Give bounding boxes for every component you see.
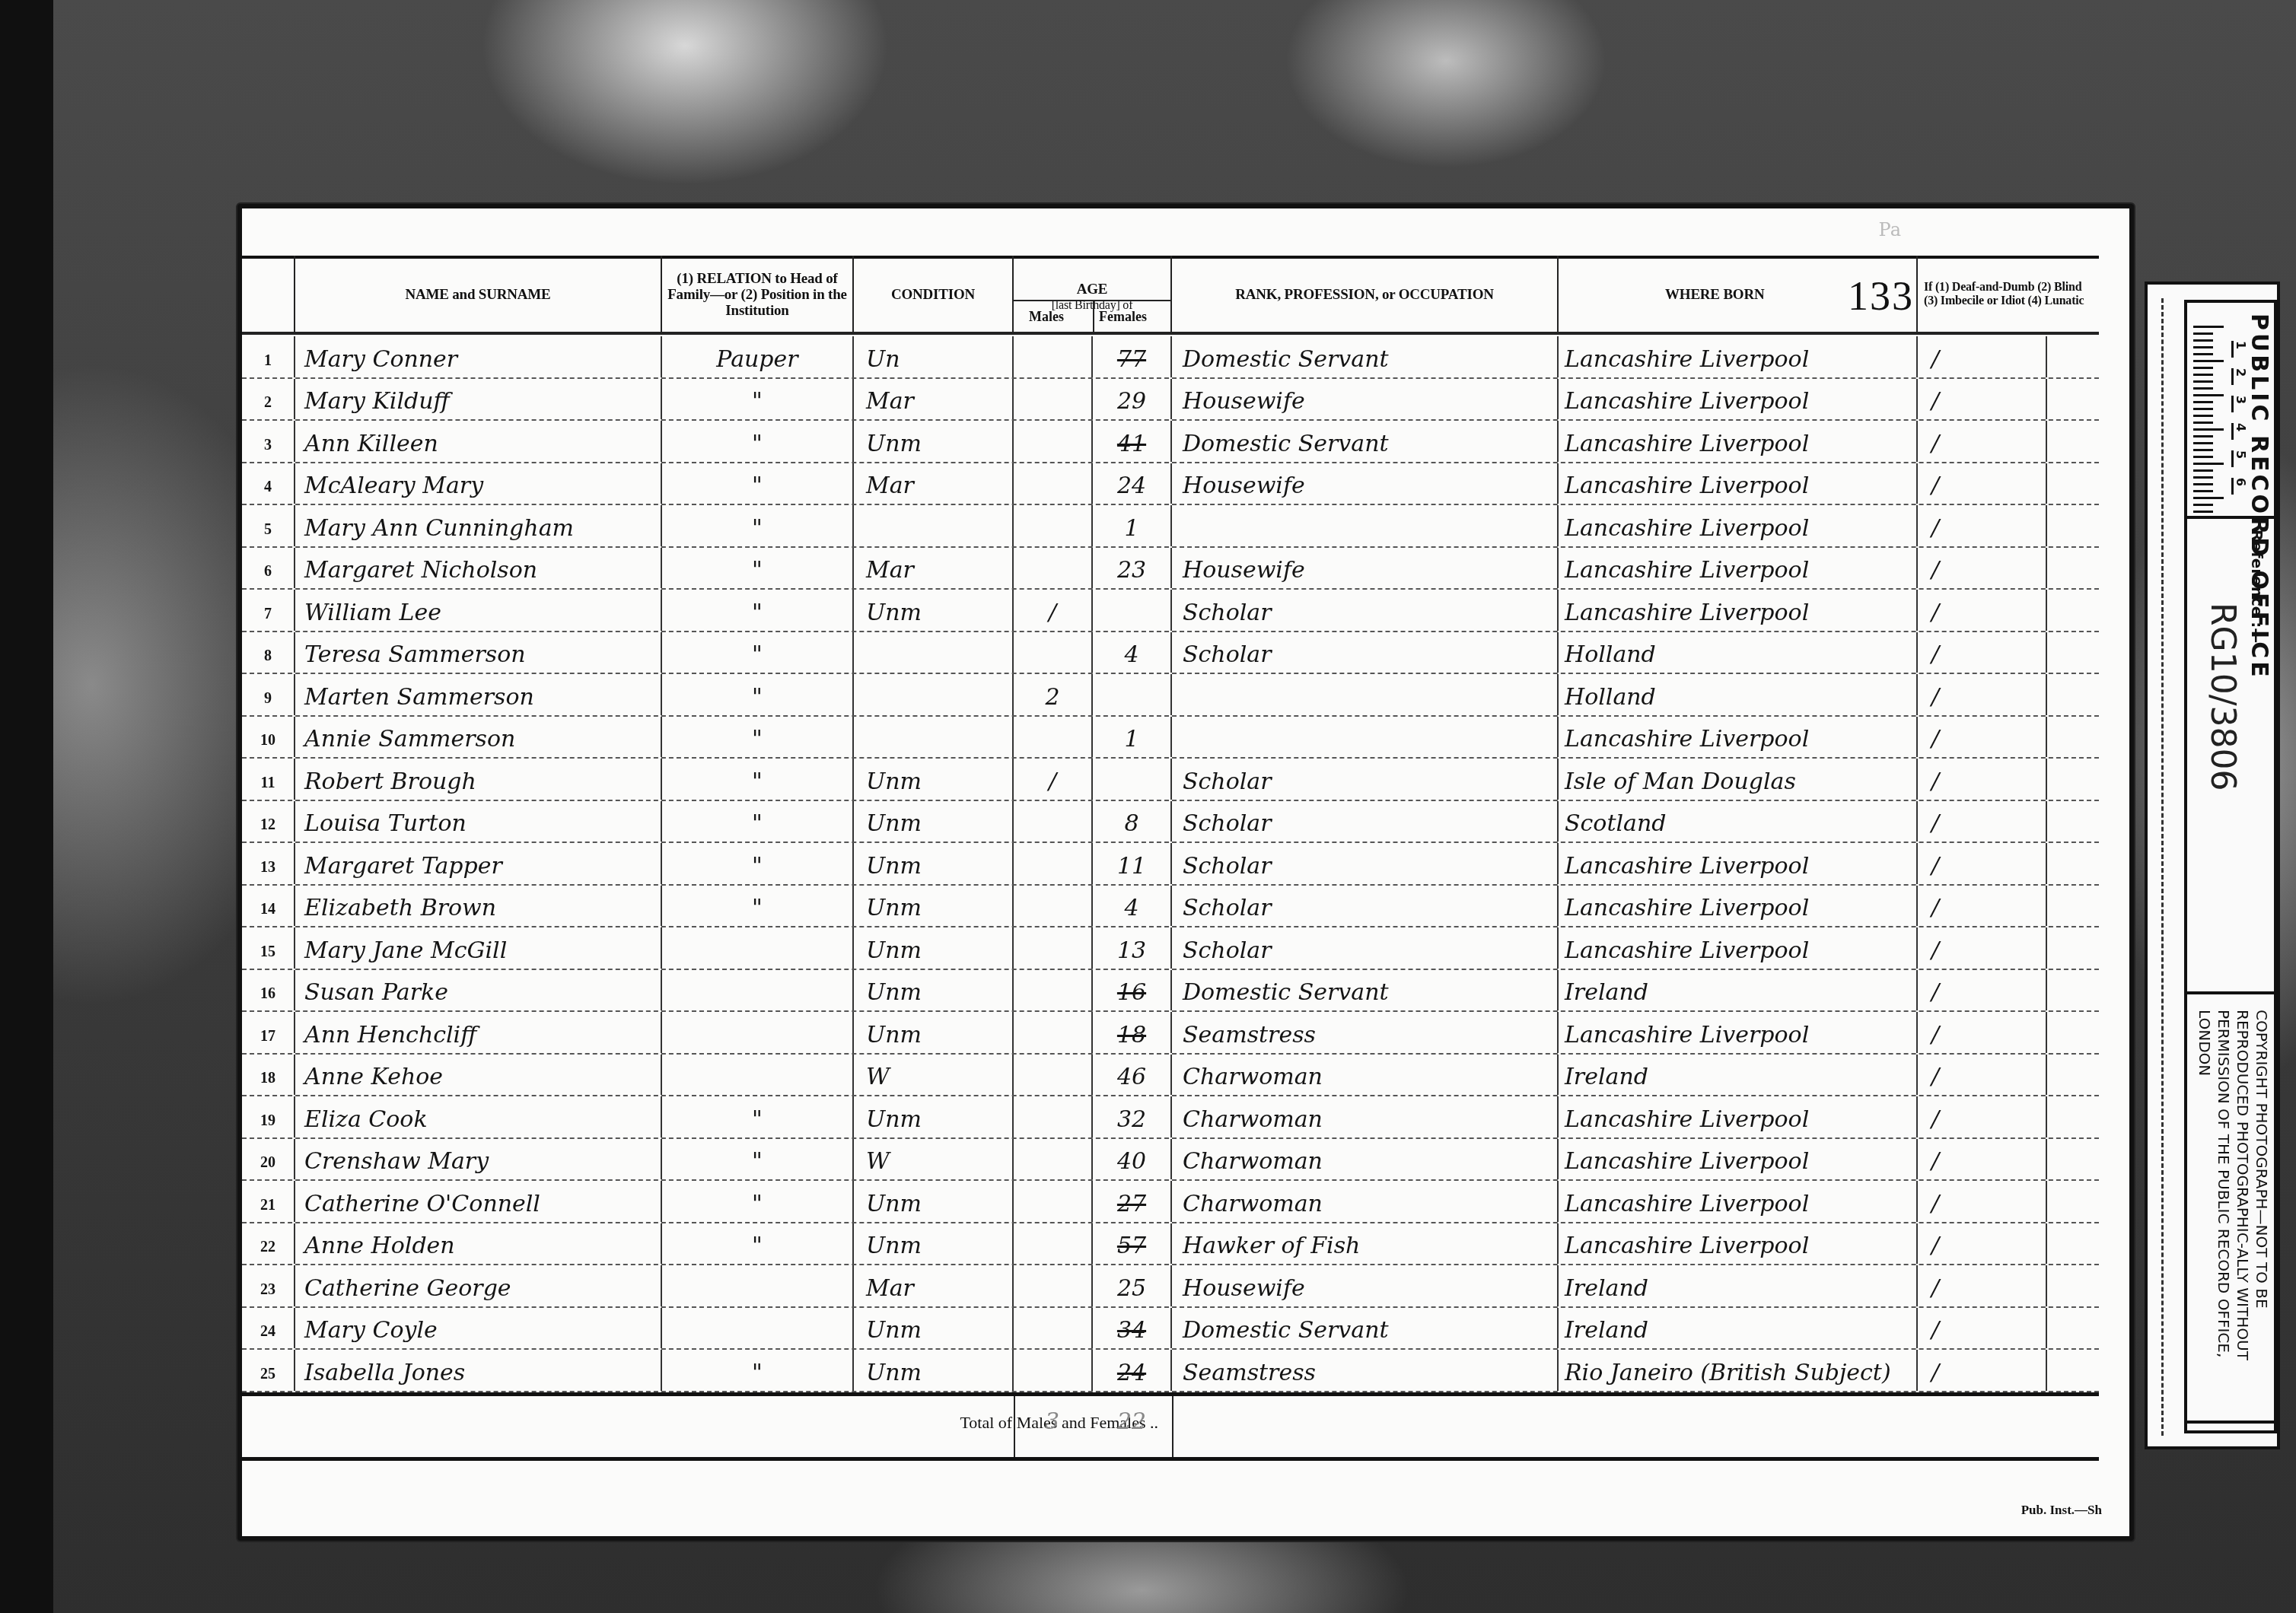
male-age-cell [1014, 379, 1093, 420]
name-cell: Teresa Sammerson [295, 632, 662, 673]
occupation-cell: Scholar [1172, 927, 1559, 969]
relation-cell: " [662, 1139, 854, 1180]
occupation-cell: Scholar [1172, 801, 1559, 842]
female-age-cell: 77 [1093, 336, 1172, 377]
ruler-number: 3 [2231, 396, 2248, 412]
public-record-office-label: PUBLIC RECORD OFFICE 123456 Reference :—… [2145, 282, 2280, 1449]
condition-cell: Unm [854, 421, 1014, 462]
female-age-cell: 18 [1093, 1012, 1172, 1053]
name-cell: Anne Kehoe [295, 1055, 662, 1096]
where-born-cell: Isle of Man Douglas [1559, 759, 1918, 800]
relation-cell [662, 927, 854, 969]
ruler-tick [2193, 469, 2213, 472]
table-row: 6Margaret Nicholson"Mar23HousewifeLancas… [242, 548, 2099, 590]
table-row: 7William Lee"Unm/ScholarLancashire Liver… [242, 590, 2099, 632]
occupation-cell: Charwoman [1172, 1139, 1559, 1180]
condition-cell: W [854, 1055, 1014, 1096]
condition-cell: Unm [854, 886, 1014, 927]
name-cell: Isabella Jones [295, 1350, 662, 1391]
name-cell: Margaret Nicholson [295, 548, 662, 589]
name-cell: Marten Sammerson [295, 674, 662, 715]
ruler-tick [2193, 511, 2213, 513]
ruler-tick [2193, 476, 2213, 479]
ruler-number: 1 [2231, 341, 2248, 358]
ruler-number: 5 [2231, 450, 2248, 467]
ruler-tick [2193, 422, 2213, 424]
ruler-tick [2193, 449, 2213, 451]
table-row: 25Isabella Jones"Unm24SeamstressRio Jane… [242, 1350, 2099, 1392]
margin-cell [2047, 632, 2099, 673]
relation-cell: " [662, 674, 854, 715]
relation-cell: " [662, 463, 854, 504]
row-number: 8 [242, 632, 295, 673]
table-row: 21Catherine O'Connell"Unm27CharwomanLanc… [242, 1181, 2099, 1223]
ruler-tick [2193, 408, 2213, 410]
occupation-cell: Scholar [1172, 886, 1559, 927]
infirmity-cell: / [1918, 843, 2047, 884]
header-occupation: RANK, PROFESSION, or OCCUPATION [1172, 256, 1559, 333]
name-cell: Catherine O'Connell [295, 1181, 662, 1222]
film-edge [0, 0, 53, 1613]
name-cell: Ann Henchcliff [295, 1012, 662, 1053]
female-age-cell: 16 [1093, 970, 1172, 1011]
occupation-cell: Charwoman [1172, 1096, 1559, 1137]
ruler-tick [2193, 435, 2213, 437]
relation-cell: " [662, 421, 854, 462]
female-age-cell: 27 [1093, 1181, 1172, 1222]
occupation-cell: Domestic Servant [1172, 336, 1559, 377]
occupation-cell: Scholar [1172, 759, 1559, 800]
margin-cell [2047, 1055, 2099, 1096]
occupation-cell: Scholar [1172, 590, 1559, 631]
relation-cell: " [662, 1096, 854, 1137]
occupation-cell: Seamstress [1172, 1012, 1559, 1053]
where-born-cell: Ireland [1559, 1265, 1918, 1306]
table-row: 24Mary CoyleUnm34Domestic ServantIreland… [242, 1308, 2099, 1351]
table-row: 18Anne KehoeW46CharwomanIreland/ [242, 1055, 2099, 1097]
female-age-cell: 1 [1093, 717, 1172, 758]
ruler-tick [2193, 401, 2213, 403]
margin-cell [2047, 421, 2099, 462]
table-row: 10Annie Sammerson"1Lancashire Liverpool/ [242, 717, 2099, 759]
male-age-cell [1014, 1308, 1093, 1349]
row-number: 6 [242, 548, 295, 589]
infirmity-cell: / [1918, 927, 2047, 969]
name-cell: Mary Kilduff [295, 379, 662, 420]
condition-cell: Unm [854, 590, 1014, 631]
row-number: 24 [242, 1308, 295, 1349]
male-age-cell [1014, 970, 1093, 1011]
where-born-cell: Lancashire Liverpool [1559, 590, 1918, 631]
table-row: 15Mary Jane McGillUnm13ScholarLancashire… [242, 927, 2099, 970]
header-bottom-rule [242, 332, 2099, 335]
where-born-cell: Lancashire Liverpool [1559, 421, 1918, 462]
relation-cell: Pauper [662, 336, 854, 377]
name-cell: Louisa Turton [295, 801, 662, 842]
row-number: 23 [242, 1265, 295, 1306]
female-age-cell: 4 [1093, 632, 1172, 673]
page-number: 133 [1848, 272, 1914, 320]
relation-cell: " [662, 505, 854, 546]
occupation-cell [1172, 505, 1559, 546]
row-number: 25 [242, 1350, 295, 1391]
census-sheet: Pa NAME and SURNAME (1) RELATION to Head… [237, 204, 2134, 1541]
infirmity-cell: / [1918, 1223, 2047, 1265]
ruler-tick [2193, 346, 2213, 348]
label-inner-frame: PUBLIC RECORD OFFICE 123456 Reference :—… [2184, 300, 2277, 1433]
table-row: 17Ann HenchcliffUnm18SeamstressLancashir… [242, 1012, 2099, 1055]
totals-divider-left [1014, 1396, 1015, 1457]
infirmity-cell: / [1918, 759, 2047, 800]
infirmity-cell: / [1918, 1265, 2047, 1306]
condition-cell [854, 505, 1014, 546]
margin-cell [2047, 379, 2099, 420]
margin-cell [2047, 1308, 2099, 1349]
table-row: 11Robert Brough"Unm/ScholarIsle of Man D… [242, 759, 2099, 801]
male-age-cell [1014, 1181, 1093, 1222]
male-age-cell [1014, 927, 1093, 969]
condition-cell [854, 632, 1014, 673]
table-row: 16Susan ParkeUnm16Domestic ServantIrelan… [242, 970, 2099, 1013]
occupation-cell: Charwoman [1172, 1181, 1559, 1222]
header-males: Males [1029, 309, 1064, 325]
female-age-cell: 29 [1093, 379, 1172, 420]
relation-cell [662, 1265, 854, 1306]
table-row: 23Catherine GeorgeMar25HousewifeIreland/ [242, 1265, 2099, 1308]
female-age-cell: 24 [1093, 1350, 1172, 1391]
occupation-cell: Housewife [1172, 1265, 1559, 1306]
table-row: 9Marten Sammerson"2Holland/ [242, 674, 2099, 717]
where-born-cell: Ireland [1559, 970, 1918, 1011]
name-cell: Catherine George [295, 1265, 662, 1306]
ruler-tick [2193, 326, 2224, 328]
age-split [1093, 301, 1094, 333]
occupation-cell: Scholar [1172, 843, 1559, 884]
row-number: 11 [242, 759, 295, 800]
infirmity-cell: / [1918, 1139, 2047, 1180]
margin-cell [2047, 717, 2099, 758]
ruler-tick [2193, 360, 2224, 362]
relation-cell [662, 1055, 854, 1096]
relation-cell [662, 970, 854, 1011]
ruler-tick [2193, 490, 2213, 492]
ruler-tick [2193, 332, 2213, 335]
condition-cell: Unm [854, 1223, 1014, 1265]
ruler-tick [2193, 339, 2213, 342]
margin-cell [2047, 970, 2099, 1011]
occupation-cell: Charwoman [1172, 1055, 1559, 1096]
male-age-cell [1014, 505, 1093, 546]
name-cell: Anne Holden [295, 1223, 662, 1265]
margin-cell [2047, 759, 2099, 800]
totals-divider-right [1172, 1396, 1173, 1457]
table-row: 1Mary ConnerPauperUn77Domestic ServantLa… [242, 336, 2099, 379]
table-row: 13Margaret Tapper"Unm11ScholarLancashire… [242, 843, 2099, 886]
condition-cell: W [854, 1139, 1014, 1180]
relation-cell: " [662, 886, 854, 927]
male-age-cell [1014, 1139, 1093, 1180]
male-age-cell: / [1014, 590, 1093, 631]
ruler-tick [2193, 497, 2224, 499]
margin-cell [2047, 1350, 2099, 1391]
male-age-cell [1014, 801, 1093, 842]
margin-cell [2047, 1223, 2099, 1265]
header-age-title: AGE [1014, 282, 1170, 297]
where-born-cell: Lancashire Liverpool [1559, 379, 1918, 420]
female-age-cell: 32 [1093, 1096, 1172, 1137]
row-number: 10 [242, 717, 295, 758]
ruler-tick [2193, 380, 2213, 383]
occupation-cell: Domestic Servant [1172, 970, 1559, 1011]
row-number: 14 [242, 886, 295, 927]
where-born-cell: Lancashire Liverpool [1559, 336, 1918, 377]
male-age-cell [1014, 1096, 1093, 1137]
relation-cell [662, 1012, 854, 1053]
infirmity-cell: / [1918, 717, 2047, 758]
name-cell: Mary Conner [295, 336, 662, 377]
row-number: 16 [242, 970, 295, 1011]
where-born-cell: Ireland [1559, 1308, 1918, 1349]
male-age-cell [1014, 717, 1093, 758]
male-age-cell [1014, 1055, 1093, 1096]
row-number: 20 [242, 1139, 295, 1180]
margin-cell [2047, 1181, 2099, 1222]
header-name: NAME and SURNAME [295, 256, 662, 333]
relation-cell [662, 1308, 854, 1349]
occupation-cell: Scholar [1172, 632, 1559, 673]
relation-cell: " [662, 548, 854, 589]
ruler-tick [2193, 367, 2213, 369]
margin-cell [2047, 463, 2099, 504]
infirmity-cell: / [1918, 801, 2047, 842]
where-born-cell: Lancashire Liverpool [1559, 717, 1918, 758]
row-number: 18 [242, 1055, 295, 1096]
male-age-cell [1014, 886, 1093, 927]
male-age-cell [1014, 421, 1093, 462]
margin-cell [2047, 590, 2099, 631]
row-number: 7 [242, 590, 295, 631]
where-born-cell: Ireland [1559, 1055, 1918, 1096]
infirmity-cell: / [1918, 421, 2047, 462]
female-age-cell: 41 [1093, 421, 1172, 462]
header-infirmity: If (1) Deaf-and-Dumb (2) Blind (3) Imbec… [1918, 256, 2099, 333]
name-cell: Elizabeth Brown [295, 886, 662, 927]
where-born-cell: Lancashire Liverpool [1559, 463, 1918, 504]
ruler-tick [2193, 415, 2213, 417]
male-age-cell: 2 [1014, 674, 1093, 715]
occupation-cell: Hawker of Fish [1172, 1223, 1559, 1265]
male-age-cell [1014, 1265, 1093, 1306]
relation-cell: " [662, 1181, 854, 1222]
infirmity-cell: / [1918, 674, 2047, 715]
totals-females: 22 [1117, 1408, 1146, 1435]
margin-cell [2047, 505, 2099, 546]
table-row: 3Ann Killeen"Unm41Domestic ServantLancas… [242, 421, 2099, 463]
ruler-tick [2193, 483, 2213, 485]
row-number: 4 [242, 463, 295, 504]
where-born-cell: Lancashire Liverpool [1559, 1012, 1918, 1053]
male-age-cell [1014, 1223, 1093, 1265]
where-born-cell: Holland [1559, 674, 1918, 715]
occupation-cell [1172, 674, 1559, 715]
where-born-cell: Lancashire Liverpool [1559, 1181, 1918, 1222]
ruler-tick [2193, 456, 2213, 458]
occupation-cell: Seamstress [1172, 1350, 1559, 1391]
where-born-cell: Lancashire Liverpool [1559, 886, 1918, 927]
condition-cell: Unm [854, 801, 1014, 842]
row-number: 9 [242, 674, 295, 715]
margin-cell [2047, 886, 2099, 927]
ruler-tick [2193, 374, 2213, 376]
name-cell: Robert Brough [295, 759, 662, 800]
male-age-cell: / [1014, 759, 1093, 800]
label-edge-rule [2161, 298, 2166, 1436]
ruler-number: 2 [2231, 368, 2248, 385]
condition-cell: Unm [854, 970, 1014, 1011]
row-number: 1 [242, 336, 295, 377]
margin-cell [2047, 674, 2099, 715]
condition-cell: Un [854, 336, 1014, 377]
infirmity-cell: / [1918, 505, 2047, 546]
reference-box: Reference :— RG10/3806 [2187, 516, 2274, 922]
relation-cell: " [662, 590, 854, 631]
corner-note: Pa [1879, 219, 1901, 240]
margin-cell [2047, 1265, 2099, 1306]
occupation-cell: Housewife [1172, 548, 1559, 589]
relation-cell: " [662, 759, 854, 800]
occupation-cell: Housewife [1172, 463, 1559, 504]
infirmity-cell: / [1918, 548, 2047, 589]
table-row: 5Mary Ann Cunningham"1Lancashire Liverpo… [242, 505, 2099, 548]
female-age-cell: 25 [1093, 1265, 1172, 1306]
table-row: 2Mary Kilduff"Mar29HousewifeLancashire L… [242, 379, 2099, 422]
infirmity-cell: / [1918, 590, 2047, 631]
table-row: 20Crenshaw Mary"W40CharwomanLancashire L… [242, 1139, 2099, 1182]
row-number: 21 [242, 1181, 295, 1222]
condition-cell: Unm [854, 1350, 1014, 1391]
infirmity-cell: / [1918, 379, 2047, 420]
ruler-tick [2193, 463, 2224, 465]
footer-imprint: Pub. Inst.—Sh [2021, 1503, 2102, 1518]
condition-cell: Unm [854, 843, 1014, 884]
totals-males: 3 [1045, 1408, 1059, 1435]
infirmity-cell: / [1918, 970, 2047, 1011]
condition-cell: Mar [854, 1265, 1014, 1306]
name-cell: Mary Coyle [295, 1308, 662, 1349]
female-age-cell: 57 [1093, 1223, 1172, 1265]
margin-cell [2047, 843, 2099, 884]
row-number: 12 [242, 801, 295, 842]
name-cell: Margaret Tapper [295, 843, 662, 884]
male-age-cell [1014, 843, 1093, 884]
ruler-number: 6 [2231, 478, 2248, 495]
name-cell: Susan Parke [295, 970, 662, 1011]
infirmity-cell: / [1918, 1012, 2047, 1053]
margin-cell [2047, 801, 2099, 842]
condition-cell: Unm [854, 1012, 1014, 1053]
male-age-cell [1014, 1350, 1093, 1391]
name-cell: Annie Sammerson [295, 717, 662, 758]
occupation-cell: Domestic Servant [1172, 1308, 1559, 1349]
female-age-cell: 1 [1093, 505, 1172, 546]
header-relation: (1) RELATION to Head of Family—or (2) Po… [662, 256, 854, 333]
name-cell: Crenshaw Mary [295, 1139, 662, 1180]
condition-cell: Mar [854, 463, 1014, 504]
ruler-tick [2193, 428, 2224, 431]
male-age-cell [1014, 336, 1093, 377]
condition-cell: Unm [854, 1096, 1014, 1137]
ruler-number: 4 [2231, 423, 2248, 440]
row-number: 3 [242, 421, 295, 462]
row-number: 13 [242, 843, 295, 884]
where-born-cell: Lancashire Liverpool [1559, 548, 1918, 589]
male-age-cell [1014, 632, 1093, 673]
condition-cell: Mar [854, 379, 1014, 420]
female-age-cell [1093, 674, 1172, 715]
row-number: 2 [242, 379, 295, 420]
reference-value: RG10/3806 [2203, 603, 2242, 791]
infirmity-cell: / [1918, 1350, 2047, 1391]
row-number: 17 [242, 1012, 295, 1053]
where-born-cell: Lancashire Liverpool [1559, 927, 1918, 969]
infirmity-cell: / [1918, 632, 2047, 673]
condition-cell: Mar [854, 548, 1014, 589]
female-age-cell [1093, 759, 1172, 800]
name-cell: Mary Jane McGill [295, 927, 662, 969]
margin-cell [2047, 548, 2099, 589]
row-number: 15 [242, 927, 295, 969]
condition-cell: Unm [854, 1308, 1014, 1349]
name-cell: McAleary Mary [295, 463, 662, 504]
where-born-cell: Lancashire Liverpool [1559, 843, 1918, 884]
where-born-cell: Rio Janeiro (British Subject) [1559, 1350, 1918, 1391]
table-row: 14Elizabeth Brown"Unm4ScholarLancashire … [242, 886, 2099, 928]
where-born-cell: Lancashire Liverpool [1559, 505, 1918, 546]
female-age-cell: 24 [1093, 463, 1172, 504]
relation-cell: " [662, 1223, 854, 1265]
ruler-tick [2193, 394, 2224, 396]
where-born-cell: Lancashire Liverpool [1559, 1223, 1918, 1265]
ruler-tick [2193, 504, 2213, 506]
female-age-cell: 4 [1093, 886, 1172, 927]
female-age-cell [1093, 590, 1172, 631]
reference-label: Reference :— [2248, 530, 2266, 643]
occupation-cell: Housewife [1172, 379, 1559, 420]
infirmity-cell: / [1918, 1055, 2047, 1096]
margin-cell [2047, 1096, 2099, 1137]
header-row-no [242, 256, 295, 333]
ruler-tick [2193, 387, 2213, 390]
infirmity-cell: / [1918, 463, 2047, 504]
infirmity-cell: / [1918, 1181, 2047, 1222]
male-age-cell [1014, 548, 1093, 589]
where-born-cell: Holland [1559, 632, 1918, 673]
condition-cell: Unm [854, 1181, 1014, 1222]
relation-cell: " [662, 379, 854, 420]
margin-cell [2047, 927, 2099, 969]
ruler-tick [2193, 442, 2213, 444]
header-condition: CONDITION [854, 256, 1014, 333]
condition-cell: Unm [854, 759, 1014, 800]
table-row: 4McAleary Mary"Mar24HousewifeLancashire … [242, 463, 2099, 506]
condition-cell [854, 717, 1014, 758]
margin-cell [2047, 336, 2099, 377]
copyright-box: COPYRIGHT PHOTOGRAPH—NOT TO BE REPRODUCE… [2187, 991, 2274, 1424]
occupation-cell [1172, 717, 1559, 758]
female-age-cell: 8 [1093, 801, 1172, 842]
female-age-cell: 40 [1093, 1139, 1172, 1180]
where-born-cell: Lancashire Liverpool [1559, 1096, 1918, 1137]
